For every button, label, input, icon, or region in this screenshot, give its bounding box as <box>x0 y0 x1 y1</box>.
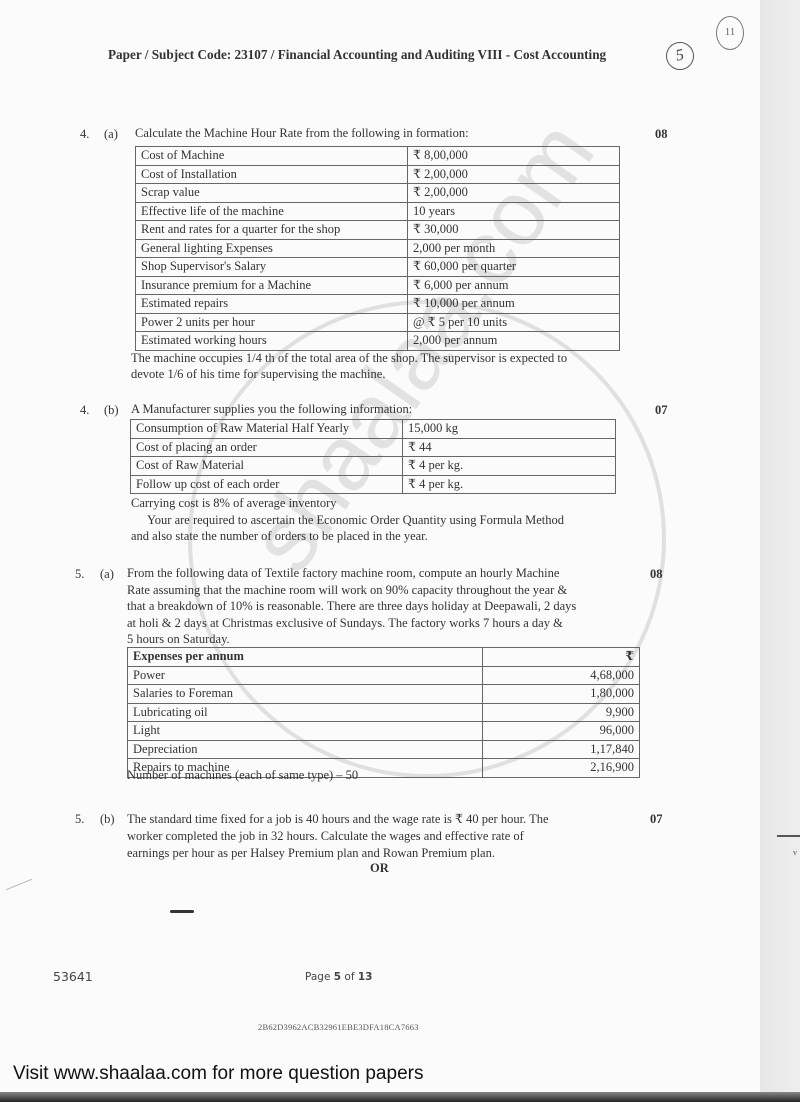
machine-hour-rate-table: Cost of Machine₹ 8,00,000Cost of Install… <box>135 146 620 351</box>
row-label: Rent and rates for a quarter for the sho… <box>136 221 408 240</box>
question-text-line: that a breakdown of 10% is reasonable. T… <box>127 597 576 615</box>
table-row: Depreciation1,17,840 <box>128 740 640 759</box>
table-row: Rent and rates for a quarter for the sho… <box>136 221 620 240</box>
table-note: devote 1/6 of his time for supervising t… <box>131 366 385 382</box>
table-row: Salaries to Foreman1,80,000 <box>128 685 640 704</box>
row-value: ₹ 4 per kg. <box>403 457 616 476</box>
row-value: ₹ 60,000 per quarter <box>408 258 620 277</box>
row-value: 1,80,000 <box>483 685 640 704</box>
row-label: Lubricating oil <box>128 703 483 722</box>
scanner-edge-mark: v <box>793 848 797 857</box>
scan-mark <box>170 910 194 913</box>
row-label: Cost of Raw Material <box>131 457 403 476</box>
row-value: ₹ 4 per kg. <box>403 475 616 494</box>
table-row: Power 2 units per hour@ ₹ 5 per 10 units <box>136 313 620 332</box>
row-label: Effective life of the machine <box>136 202 408 221</box>
row-value: ₹ 6,000 per annum <box>408 276 620 295</box>
table-row: Shop Supervisor's Salary₹ 60,000 per qua… <box>136 258 620 277</box>
page-prefix: Page <box>305 971 334 983</box>
table-row: Cost of Raw Material₹ 4 per kg. <box>131 457 616 476</box>
document-page: shaalaa.com Paper / Subject Code: 23107 … <box>0 0 760 1092</box>
row-label: Insurance premium for a Machine <box>136 276 408 295</box>
row-label: General lighting Expenses <box>136 239 408 258</box>
table-note: Your are required to ascertain the Econo… <box>147 512 564 528</box>
row-label: Power <box>128 666 483 685</box>
question-number: 4. <box>80 127 89 142</box>
paper-header: Paper / Subject Code: 23107 / Financial … <box>108 47 606 63</box>
scan-mark <box>6 879 32 890</box>
question-number: 4. <box>80 403 89 418</box>
handwritten-page-number: 5 <box>663 39 696 72</box>
row-value: 4,68,000 <box>483 666 640 685</box>
row-value: @ ₹ 5 per 10 units <box>408 313 620 332</box>
column-header: Expenses per annum <box>128 648 483 667</box>
handwritten-circled-number: 11 <box>716 16 744 50</box>
question-marks: 07 <box>655 403 668 418</box>
question-part: (b) <box>104 403 119 418</box>
row-label: Cost of Machine <box>136 147 408 166</box>
row-label: Estimated repairs <box>136 295 408 314</box>
question-part: (a) <box>104 127 118 142</box>
page-current: 5 <box>334 971 341 983</box>
page-total: 13 <box>358 971 373 983</box>
page-indicator: Page 5 of 13 <box>305 971 373 983</box>
visit-banner-link[interactable]: Visit www.shaalaa.com for more question … <box>13 1063 423 1085</box>
table-row: Cost of Machine₹ 8,00,000 <box>136 147 620 166</box>
table-note: and also state the number of orders to b… <box>131 528 428 544</box>
scanner-edge-mark <box>777 835 800 837</box>
table-row: Consumption of Raw Material Half Yearly1… <box>131 420 616 439</box>
table-row: Power4,68,000 <box>128 666 640 685</box>
table-note: Carrying cost is 8% of average inventory <box>131 495 337 511</box>
row-value: ₹ 44 <box>403 438 616 457</box>
row-value: 2,000 per month <box>408 239 620 258</box>
question-text-line: From the following data of Textile facto… <box>127 564 559 582</box>
table-row: Scrap value₹ 2,00,000 <box>136 184 620 203</box>
question-text-line: at holi & 2 days at Christmas exclusive … <box>127 614 563 632</box>
table-row: General lighting Expenses2,000 per month <box>136 239 620 258</box>
table-note: The machine occupies 1/4 th of the total… <box>131 350 567 366</box>
or-divider: OR <box>370 861 389 876</box>
row-value: ₹ 10,000 per annum <box>408 295 620 314</box>
row-value: ₹ 2,00,000 <box>408 184 620 203</box>
row-label: Cost of placing an order <box>131 438 403 457</box>
table-row: Cost of placing an order₹ 44 <box>131 438 616 457</box>
question-text: Calculate the Machine Hour Rate from the… <box>135 124 469 142</box>
row-label: Consumption of Raw Material Half Yearly <box>131 420 403 439</box>
question-text-line: The standard time fixed for a job is 40 … <box>127 810 549 828</box>
table-row: Follow up cost of each order₹ 4 per kg. <box>131 475 616 494</box>
row-value: 96,000 <box>483 722 640 741</box>
question-part: (b) <box>100 812 115 827</box>
column-header: ₹ <box>483 648 640 667</box>
row-label: Light <box>128 722 483 741</box>
row-label: Cost of Installation <box>136 165 408 184</box>
row-label: Power 2 units per hour <box>136 313 408 332</box>
table-row: Insurance premium for a Machine₹ 6,000 p… <box>136 276 620 295</box>
row-value: 2,16,900 <box>483 759 640 778</box>
question-number: 5. <box>75 812 84 827</box>
table-row: Estimated repairs₹ 10,000 per annum <box>136 295 620 314</box>
row-value: 1,17,840 <box>483 740 640 759</box>
table-row: Lubricating oil9,900 <box>128 703 640 722</box>
question-number: 5. <box>75 567 84 582</box>
question-text-line: 5 hours on Saturday. <box>127 630 230 648</box>
row-label: Follow up cost of each order <box>131 475 403 494</box>
row-label: Salaries to Foreman <box>128 685 483 704</box>
question-marks: 08 <box>650 567 663 582</box>
row-value: ₹ 8,00,000 <box>408 147 620 166</box>
raw-material-table: Consumption of Raw Material Half Yearly1… <box>130 419 616 494</box>
table-header-row: Expenses per annum₹ <box>128 648 640 667</box>
table-row: Effective life of the machine10 years <box>136 202 620 221</box>
row-label: Estimated working hours <box>136 332 408 351</box>
row-value: ₹ 2,00,000 <box>408 165 620 184</box>
question-text-line: Rate assuming that the machine room will… <box>127 581 567 599</box>
question-text: A Manufacturer supplies you the followin… <box>131 400 412 418</box>
table-row: Light96,000 <box>128 722 640 741</box>
table-row: Cost of Installation₹ 2,00,000 <box>136 165 620 184</box>
page-of: of <box>341 971 358 983</box>
question-part: (a) <box>100 567 114 582</box>
scanner-edge <box>760 0 800 1102</box>
row-value: 15,000 kg <box>403 420 616 439</box>
question-marks: 08 <box>655 127 668 142</box>
row-label: Shop Supervisor's Salary <box>136 258 408 277</box>
row-label: Depreciation <box>128 740 483 759</box>
question-marks: 07 <box>650 812 663 827</box>
scanner-bottom-edge <box>0 1092 800 1102</box>
question-text-line: worker completed the job in 32 hours. Ca… <box>127 827 524 845</box>
row-value: 10 years <box>408 202 620 221</box>
question-text-line: earnings per hour as per Halsey Premium … <box>127 844 495 862</box>
table-row: Estimated working hours2,000 per annum <box>136 332 620 351</box>
paper-code: 53641 <box>53 969 93 984</box>
row-value: ₹ 30,000 <box>408 221 620 240</box>
row-value: 2,000 per annum <box>408 332 620 351</box>
expenses-table: Expenses per annum₹ Power4,68,000Salarie… <box>127 647 640 778</box>
document-hash: 2B62D3962ACB32961EBE3DFA18CA7663 <box>258 1022 419 1032</box>
row-label: Scrap value <box>136 184 408 203</box>
row-value: 9,900 <box>483 703 640 722</box>
table-note: Number of machines (each of same type) –… <box>127 767 358 783</box>
